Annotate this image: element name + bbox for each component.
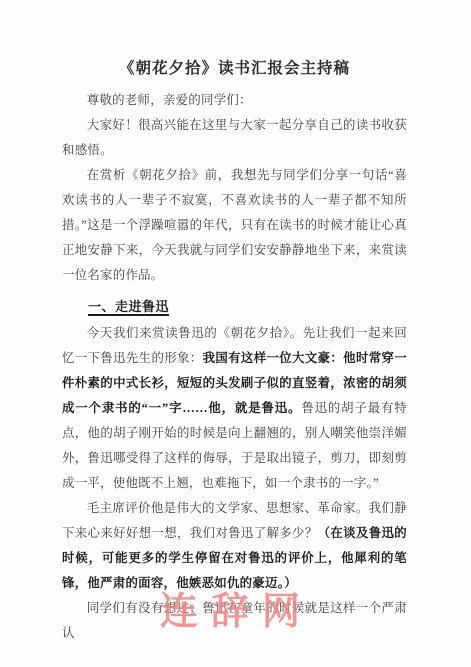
watermark-logo: 连辞网 (160, 592, 313, 632)
luxun-image-paragraph: 今天我们来赏读鲁迅的《朝花夕拾》。先让我们一起来回忆一下鲁迅先生的形象：我国有这… (62, 321, 407, 496)
greeting-paragraph: 大家好！很高兴能在这里与大家一起分享自己的读书收获和感悟。 (62, 113, 407, 163)
intro-paragraph: 在赏析《朝花夕拾》前，我想先与同学们分享一句话“喜欢读书的人一辈子不寂寞，不喜欢… (62, 163, 407, 288)
section-heading-text: 一、走进鲁迅 (88, 299, 169, 314)
document-page: 《朝花夕拾》读书汇报会主持稿 尊敬的老师，亲爱的同学们： 大家好！很高兴能在这里… (0, 0, 471, 667)
section-heading-walk-into-luxun: 一、走进鲁迅 (62, 294, 407, 319)
mao-evaluation-paragraph: 毛主席评价他是伟大的文学家、思想家、革命家。我们静下来心来好好想一想，我们对鲁迅… (62, 496, 407, 596)
document-title: 《朝花夕拾》读书汇报会主持稿 (62, 58, 407, 80)
document-content: 《朝花夕拾》读书汇报会主持稿 尊敬的老师，亲爱的同学们： 大家好！很高兴能在这里… (62, 58, 407, 646)
salutation-line: 尊敬的老师，亲爱的同学们： (62, 88, 407, 113)
